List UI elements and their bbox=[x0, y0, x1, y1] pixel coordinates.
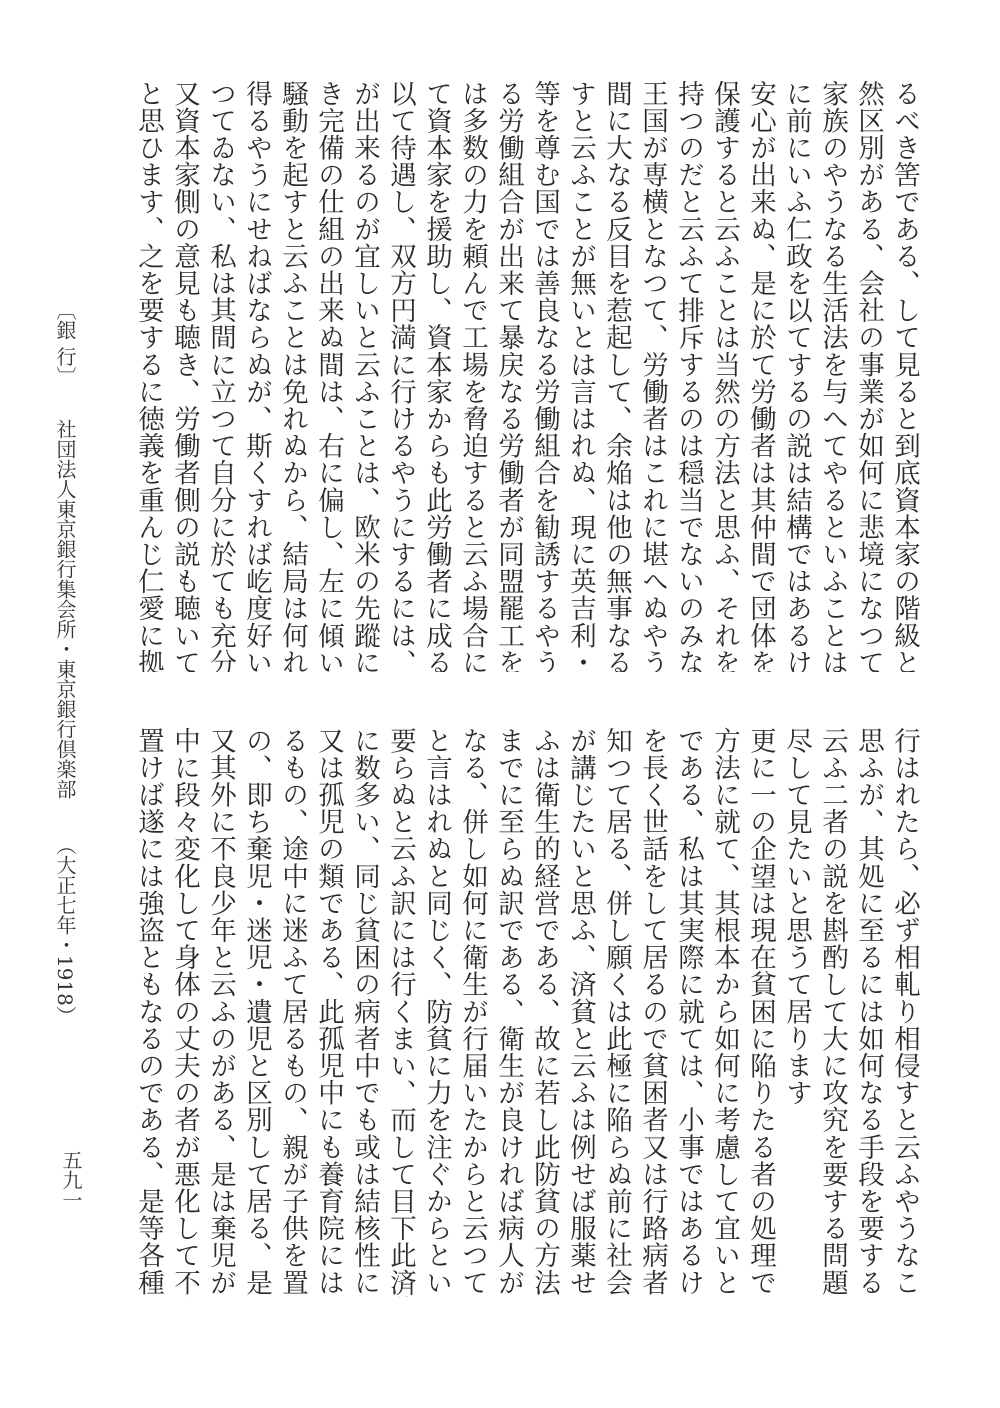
header-organization: 社団法人東京銀行集会所・東京銀行倶楽部 bbox=[52, 419, 78, 799]
text-column: 保護すると云ふことは当然の方法と思ふ、それを一方に対して二心を bbox=[706, 80, 742, 672]
text-column: 置けば遂には強盗ともなるのである、是等各種の幼児の教育法が実に bbox=[130, 727, 166, 1297]
text-column: の、即ち棄児・迷児・遺児と区別して居る、是等は総て孤児である、 bbox=[238, 727, 274, 1297]
text-column: るもの、途中に迷ふて居るもの、親が子供を置いて逃げてしまつたも bbox=[274, 727, 310, 1297]
text-column: と思ひます、之を要するに徳義を重んじ仁愛に拠り忠恕相憐の情並び bbox=[130, 80, 166, 672]
header-era: （大正七年・1918） bbox=[52, 835, 78, 1026]
text-column: ふは衛生的経営である、故に若し此防貧の方法が宜しきを得れば済貧 bbox=[526, 727, 562, 1297]
text-column: 要らぬと云ふ訳には行くまい、而して目下此済貧恤窮すべき種類が実 bbox=[382, 727, 418, 1297]
text-column: て資本家を援助し、資本家からも此労働者に成るべく利益共通の考を bbox=[418, 80, 454, 672]
text-column: 思ふが、其処に至るには如何なる手段を要するかと云ふことは、前に bbox=[850, 727, 886, 1297]
text-column: き完備の仕組の出来ぬ間は、右に偏し、左に傾いて、時として種々の bbox=[310, 80, 346, 672]
text-column: 家族のやうなる生活法を与へてやるといふことは出来ぬ事である、故 bbox=[814, 80, 850, 672]
text-column: なる、併し如何に衛生が行届いたからと云つても一切病人が無くなる bbox=[454, 727, 490, 1297]
text-column: が出来るのが宜しいと云ふことは、欧米の先蹤に見ても分る、斯の如 bbox=[346, 80, 382, 672]
text-column: 行はれたら、必ず相軋り相侵すと云ふやうなことは生じないだらうと bbox=[886, 727, 922, 1297]
page-number: 五九一 bbox=[58, 1150, 84, 1210]
text-column: つてゐない、私は其間に立つて自分に於ても充分攻究したいと思ふし bbox=[202, 80, 238, 672]
text-column: 知つて居る、併し願くは此極に陥らぬ前に社会政策として防貧の手段 bbox=[598, 727, 634, 1297]
text-column: すと云ふことが無いとは言はれぬ、現に英吉利・亜米利加抔の自由平 bbox=[562, 80, 598, 672]
text-column: 云ふ二者の説を斟酌して大に攻究を要する問題であるから、充分力を bbox=[814, 727, 850, 1297]
upper-text-block: るべき筈である、して見ると到底資本家の階級と労働者の階級とは必 然区別がある、会… bbox=[130, 80, 922, 672]
text-column: 安心が出来ぬ、是に於て労働者は其仲間で団体を作りて共同的利益を bbox=[742, 80, 778, 672]
text-column: 中に段々変化して身体の丈夫の者が悪化して不良少年となる、放つて bbox=[166, 727, 202, 1297]
text-column: 王国が専横となつて、労働者はこれに堪へぬやうになると、其極両者 bbox=[634, 80, 670, 672]
text-column: である、私は其実際に就ては、小事ではあるけれども東京市の養育院 bbox=[670, 727, 706, 1297]
text-column: 又は孤児の類である、此孤児中にも養育院には或る場処に棄てられた bbox=[310, 727, 346, 1297]
text-column: 騒動を起すと云ふことは免れぬから、結局は何れか適宜な方法が立ち bbox=[274, 80, 310, 672]
text-column: 尽して見たいと思うて居ります bbox=[778, 727, 814, 1297]
header-section-label: 〔銀 行〕 bbox=[52, 300, 78, 386]
text-column: に数多い、同じ貧困の病者中でも或は結核性に陥つた者、又は癩患者 bbox=[346, 727, 382, 1297]
text-column: を長く世話をして居るので貧困者又は行路病者・棄児等の種類は稍ゝ bbox=[634, 727, 670, 1297]
document-page: 〔銀 行〕 社団法人東京銀行集会所・東京銀行倶楽部 （大正七年・1918） るべ… bbox=[0, 0, 1000, 1408]
text-column: 方法に就て、其根本から如何に考慮して宜いと云ふことが言ひ悪いの bbox=[706, 727, 742, 1297]
text-column: る労働組合が出来て暴戻なる労働者が同盟罷工をせんとするとか、又 bbox=[490, 80, 526, 672]
text-column: 更に一の企望は現在貧困に陥りたる者の処理である、即ち済貧恤窮の bbox=[742, 727, 778, 1297]
text-column: に前にいふ仁政を以てするの説は結構ではあるけれども、労働者には bbox=[778, 80, 814, 672]
text-column: 得るやうにせねばならぬが、斯くすれば屹度好いと云ふ思案はまだ定 bbox=[238, 80, 274, 672]
text-column: 持つのだと云ふて排斥するのは穏当でないのみならず、甚しきは其の bbox=[670, 80, 706, 672]
text-column: 以て待遇し、双方円満に行けるやうにするには、矢張善良鞏固の組合 bbox=[382, 80, 418, 672]
text-column: と言はれぬと同じく、防貧に力を注ぐからといふて済貧恤窮の方法は bbox=[418, 727, 454, 1297]
text-column: るべき筈である、して見ると到底資本家の階級と労働者の階級とは必 bbox=[886, 80, 922, 672]
text-column: 間に大なる反目を惹起して、余焔は他の無事なる会社にまで飛火を来 bbox=[598, 80, 634, 672]
text-column: 又資本家側の意見も聴き、労働者側の説も聴いて適当の成案を得たい bbox=[166, 80, 202, 672]
text-column: は多数の力を頼んで工場を脅迫すると云ふ場合には寧ろこれを制止し bbox=[454, 80, 490, 672]
text-column: が講じたいと思ふ、済貧と云ふは例せば服薬せしむる方で、防貧と云 bbox=[562, 727, 598, 1297]
text-column: 又其外に不良少年と云ふのがある、是は棄児が浮浪の生活をして居る bbox=[202, 727, 238, 1297]
running-header: 〔銀 行〕 社団法人東京銀行集会所・東京銀行倶楽部 （大正七年・1918） bbox=[52, 300, 78, 1026]
text-column: 等を尊む国では善良なる労働組合を勧誘するやうにして居る、鞏固な bbox=[526, 80, 562, 672]
text-column: までに至らぬ訳である、衛生が良ければ病人が出来ないと云ふことに bbox=[490, 727, 526, 1297]
lower-text-block: 行はれたら、必ず相軋り相侵すと云ふやうなことは生じないだらうと 思ふが、其処に至… bbox=[130, 727, 922, 1297]
text-column: 然区別がある、会社の事業が如何に悲境になつても労働者を永久的に bbox=[850, 80, 886, 672]
